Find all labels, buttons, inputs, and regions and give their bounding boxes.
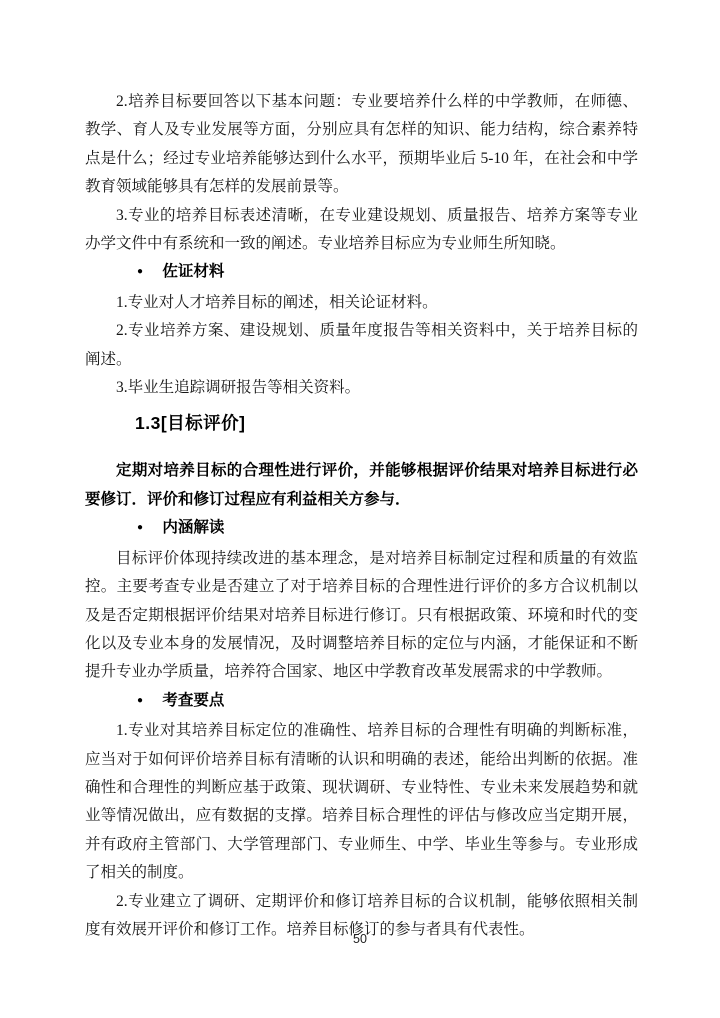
key-point-item-1: 1.专业对其培养目标定位的准确性、培养目标的合理性有明确的判断标准，应当对于如何… xyxy=(85,717,638,887)
para-review-point-3: 3.专业的培养目标表述清晰，在专业建设规划、质量报告、培养方案等专业办学文件中有… xyxy=(85,202,638,259)
bullet-icon: ● xyxy=(137,687,143,715)
bullet-heading-key-points: ● 考查要点 xyxy=(85,687,638,717)
bullet-heading-connotation: ● 内涵解读 xyxy=(85,514,638,544)
para-review-point-2: 2.培养目标要回答以下基本问题：专业要培养什么样的中学教师，在师德、教学、育人及… xyxy=(85,88,638,202)
evidence-item-3: 3.毕业生追踪调研报告等相关资料。 xyxy=(85,374,638,402)
para-section-intro-bold: 定期对培养目标的合理性进行评价，并能够根据评价结果对培养目标进行必要修订．评价和… xyxy=(85,457,638,514)
section-heading-1-3: 1.3[目标评价] xyxy=(135,410,638,436)
document-page: 2.培养目标要回答以下基本问题：专业要培养什么样的中学教师，在师德、教学、育人及… xyxy=(0,0,720,1018)
bullet-icon: ● xyxy=(137,258,143,286)
bullet-heading-evidence-label: 佐证材料 xyxy=(162,263,224,280)
evidence-item-1: 1.专业对人才培养目标的阐述，相关论证材料。 xyxy=(85,289,638,317)
page-content: 2.培养目标要回答以下基本问题：专业要培养什么样的中学教师，在师德、教学、育人及… xyxy=(85,88,638,944)
bullet-icon: ● xyxy=(137,514,143,542)
bullet-heading-connotation-label: 内涵解读 xyxy=(162,519,224,536)
bullet-heading-key-points-label: 考查要点 xyxy=(162,692,224,709)
para-connotation-body: 目标评价体现持续改进的基本理念，是对培养目标制定过程和质量的有效监控。主要考查专… xyxy=(85,545,638,687)
evidence-item-2: 2.专业培养方案、建设规划、质量年度报告等相关资料中，关于培养目标的阐述。 xyxy=(85,317,638,374)
page-number: 50 xyxy=(0,931,720,947)
bullet-heading-evidence: ● 佐证材料 xyxy=(85,258,638,288)
